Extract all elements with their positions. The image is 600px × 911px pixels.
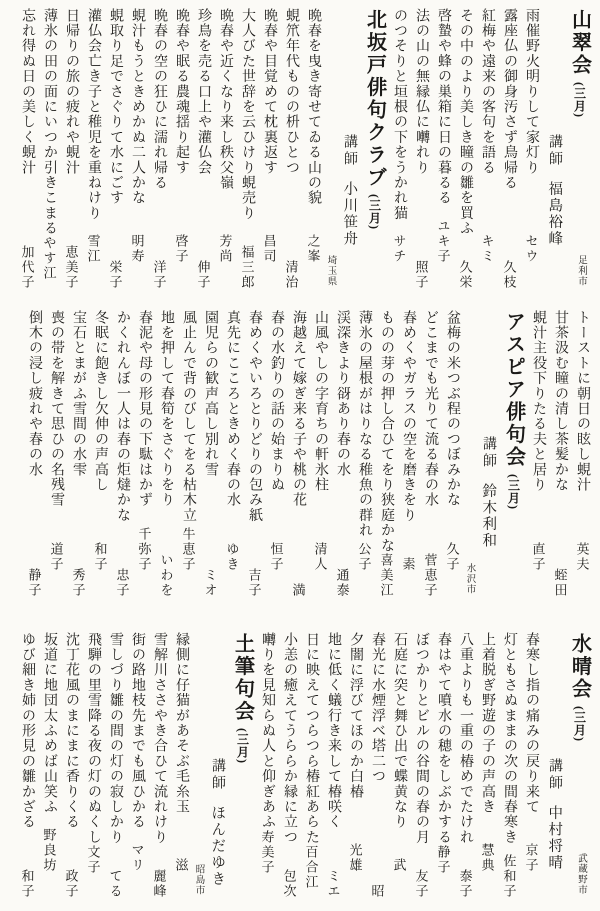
haiku-column: 蜆笊年代ものの枡ひとつ清治: [280, 8, 302, 298]
haiku-column: トーストに朝日の眩し蜆汁英夫: [571, 310, 593, 606]
haiku-text: 日に映えてつらつら椿紅あらた: [304, 632, 318, 845]
section-city-label: 埼玉県: [325, 255, 335, 287]
haiku-column: 小恙の癒えてうららか縁に立つ包次: [278, 632, 300, 907]
section-month-label: (三月): [369, 194, 381, 230]
haiku-text: 露座仏の御身汚さず鳥帰る: [502, 8, 516, 190]
haiku-column: 晩春や近くなり来し秩父嶺芳尚: [214, 8, 236, 298]
haiku-author: 清人: [314, 542, 327, 572]
section-month-label: (三月): [508, 474, 520, 510]
lecturer-name: 鈴木利和: [481, 483, 496, 549]
haiku-column: 倒木の浸し疲れや春の水静子: [23, 310, 45, 606]
haiku-column: のつそりと垣根の下をうかれ猫サチ: [388, 8, 410, 298]
section-header: アスピア俳句会(三月)講師鈴木利和水沢市: [463, 310, 527, 606]
haiku-column: 蜆取り足でさぐりて水にごす栄子: [104, 8, 126, 298]
haiku-column: ゆび細き姉の形見の雛かざる和子: [16, 632, 38, 907]
haiku-text: 薄氷の屋根がはりなる稚魚の群れ: [357, 310, 371, 538]
haiku-text: 蜆汁主役下りたる夫と居り: [531, 310, 545, 492]
haiku-text: 甘茶汲む瞳の清し茶髪かな: [553, 310, 567, 492]
haiku-text: 囀りを見知らぬ人と仰ぎあふ: [260, 632, 274, 830]
section-header: 水晴会(三月)武蔵野市講師中村将晴: [542, 632, 593, 907]
haiku-text: 夕闇に浮びてほのか白椿: [348, 632, 362, 799]
haiku-author: 照子: [415, 260, 428, 290]
haiku-author: 栄子: [109, 260, 122, 290]
haiku-column: 冬眠に飽きし欠伸の声高し和子: [89, 310, 111, 606]
haiku-column: 灯ともさぬままの次の間春寒き佐和子: [498, 632, 520, 907]
haiku-text: その中のより美しき瞳の雛を買ふ: [458, 8, 472, 236]
haiku-text: 春光に水煙浮べ塔二つ: [370, 632, 384, 784]
tier-row-2: トーストに朝日の眩し蜆汁英夫甘茶汲む瞳の清し茶髪かな蛭田蜆汁主役下りたる夫と居り…: [7, 310, 593, 632]
lecturer-label: 講師: [547, 758, 561, 792]
section-month-label: (三月): [237, 728, 249, 764]
lecturer-column: 講師小川笹舟: [337, 8, 361, 298]
haiku-text: 日帰りの旅の疲れや蜆汁: [64, 8, 78, 175]
haiku-text: どこまでも光りて流る春の水: [423, 310, 437, 508]
haiku-column: 珍鳥を売る口上や灌仏会伸子: [192, 8, 214, 298]
haiku-author: 素: [402, 557, 415, 572]
haiku-author: ゆき: [226, 542, 239, 572]
haiku-text: 蜆笊年代ものの枡ひとつ: [284, 8, 298, 175]
haiku-column: 夕闇に浮びてほのか白椿光雄: [344, 632, 366, 907]
haiku-column: 蜆汁主役下りたる夫と居り直子: [527, 310, 549, 606]
haiku-text: 晩春や目覚めて枕裏返す: [262, 8, 276, 175]
lecturer-column: 講師福島裕峰: [542, 8, 566, 298]
haiku-column: 海越えて嫁ぎ来る子や桃の花満: [287, 310, 309, 606]
haiku-author: 公子: [358, 542, 371, 572]
haiku-author: キミ: [481, 234, 494, 264]
lecturer-column: 講師ほんだゆき: [205, 632, 229, 907]
haiku-column: 晩春を曳き寄せてゐる山の貌之峯: [302, 8, 324, 298]
haiku-author: 清治: [285, 260, 298, 290]
lecturer-label: 講師: [342, 134, 356, 168]
haiku-author: 洋子: [153, 260, 166, 290]
haiku-column: 薄氷の屋根がはりなる稚魚の群れ公子: [353, 310, 375, 606]
haiku-author: 福三郎: [241, 245, 254, 290]
haiku-text: ゆび細き姉の形見の雛かざる: [20, 632, 34, 830]
haiku-author: サチ: [393, 234, 406, 264]
haiku-author: 百合江: [305, 845, 318, 890]
haiku-author: 芳尚: [219, 234, 232, 264]
haiku-author: 牛恵子: [182, 527, 195, 572]
haiku-author: 友子: [415, 869, 428, 899]
haiku-text: 縁側に仔猫があそぶ毛糸玉: [174, 632, 188, 814]
lecturer-name: ほんだゆき: [210, 805, 225, 888]
haiku-column: 春めくやガラスの空を磨きをり素: [397, 310, 419, 606]
haiku-column: 風止んで背のびしてをる枯木立牛恵子: [177, 310, 199, 606]
haiku-column: 地を押して春筍をさぐりをりいわを: [155, 310, 177, 606]
lecturer-label: 講師: [210, 758, 224, 792]
haiku-text: 晩春を曳き寄せてゐる山の貌: [306, 8, 320, 206]
haiku-column: 春寒し指の痛みの戻り来て京子: [520, 632, 542, 907]
haiku-author: 野良坊: [43, 828, 56, 873]
haiku-author: 昌司: [263, 234, 276, 264]
haiku-column: 沈丁花風のまにまに香りくる政子: [60, 632, 82, 907]
haiku-column: 喪の帯を解きて思ひの名残雪道子: [45, 310, 67, 606]
haiku-column: 囀りを見知らぬ人と仰ぎあふ寿美子: [256, 632, 278, 907]
haiku-text: 盆梅の米つぶ程のつぼみかな: [445, 310, 459, 508]
haiku-text: 園児らの歓声高し別れ雪: [203, 310, 217, 477]
haiku-author: 英夫: [576, 542, 589, 572]
section-title-column: 水晴会(三月)武蔵野市: [566, 632, 593, 907]
haiku-author: 昭: [371, 884, 384, 899]
haiku-text: 上着脱ぎ野遊の子の声高き: [480, 632, 494, 814]
haiku-author: ミエ: [327, 869, 340, 899]
haiku-author: 京子: [525, 843, 538, 873]
section-title-column: 土筆句会(三月): [229, 632, 256, 907]
haiku-text: 春めくやガラスの空を磨きをり: [401, 310, 415, 523]
haiku-text: 灯ともさぬままの次の間春寒き: [502, 632, 516, 845]
section-month-label: (三月): [574, 706, 586, 742]
haiku-column: 園児らの歓声高し別れ雪ミオ: [199, 310, 221, 606]
haiku-author: 恒子: [270, 542, 283, 572]
haiku-text: 忘れ得ぬ日の美しく蜆汁: [20, 8, 34, 175]
haiku-author: 千弥子: [138, 527, 151, 572]
haiku-text: のつそりと垣根の下をうかれ猫: [392, 8, 406, 221]
haiku-column: 大人びた世辞を云ひけり蜆売り福三郎: [236, 8, 258, 298]
haiku-column: 縁側に仔猫があそぶ毛糸玉滋: [170, 632, 192, 907]
city-column: 埼玉県: [324, 8, 337, 298]
haiku-text: 春はやて噴水の穂をしぶかする: [436, 632, 450, 845]
section-title: アスピア俳句会: [504, 311, 524, 469]
haiku-column: 甘茶汲む瞳の清し茶髪かな蛭田: [549, 310, 571, 606]
section-header: 土筆句会(三月)講師ほんだゆき昭島市: [192, 632, 256, 907]
haiku-column: 忘れ得ぬ日の美しく蜆汁加代子: [16, 8, 38, 298]
haiku-author: 久栄: [459, 260, 472, 290]
haiku-author: 包次: [283, 869, 296, 899]
haiku-column: 晩春や眠る農魂揺り起す啓子: [170, 8, 192, 298]
haiku-text: 冬眠に飽きし欠伸の声高し: [93, 310, 107, 492]
haiku-text: 地を押して春筍をさぐりをり: [159, 310, 173, 508]
haiku-author: 之峯: [307, 234, 320, 264]
city-column: 昭島市: [192, 632, 205, 907]
lecturer-name: 小川笹舟: [342, 181, 357, 247]
haiku-text: 街の路地枝先までも風ひかる: [130, 632, 144, 830]
haiku-column: 盆梅の米つぶ程のつぼみかな久子: [441, 310, 463, 606]
haiku-author: 満: [292, 583, 305, 598]
section-title: 土筆句会: [233, 633, 253, 723]
haiku-text: 春めくやいろとりどりの包み紙: [247, 310, 261, 523]
haiku-text: 山風やしの字育ちの軒氷柱: [313, 310, 327, 492]
haiku-author: 雪江: [87, 234, 100, 264]
haiku-column: 飛騨の里雪降る夜の灯のぬくし文子: [82, 632, 104, 907]
haiku-author: やす江: [43, 236, 56, 281]
haiku-text: 風止んで背のびしてをる枯木立: [181, 310, 195, 523]
lecturer-name: 中村将晴: [547, 805, 562, 871]
haiku-text: 海越えて嫁ぎ来る子や桃の花: [291, 310, 305, 508]
haiku-column: その中のより美しき瞳の雛を買ふ久栄: [454, 8, 476, 298]
haiku-author: 麗峰: [153, 869, 166, 899]
haiku-column: 晩春や目覚めて枕裏返す昌司: [258, 8, 280, 298]
haiku-author: 吉子: [248, 568, 261, 598]
haiku-column: 山風やしの字育ちの軒氷柱清人: [309, 310, 331, 606]
section-city-label: 水沢市: [464, 563, 474, 595]
haiku-author: 和子: [94, 542, 107, 572]
section-header: 山翠会(三月)足利市講師福島裕峰: [542, 8, 593, 298]
city-column: 水沢市: [463, 310, 476, 606]
haiku-column: 春めくやいろとりどりの包み紙吉子: [243, 310, 265, 606]
haiku-author: セウ: [525, 234, 538, 264]
haiku-column: 春泥や母の形見の下駄はかず千弥子: [133, 310, 155, 606]
haiku-author: 静子: [437, 845, 450, 875]
haiku-author: 啓子: [175, 234, 188, 264]
haiku-text: 春泥や母の形見の下駄はかず: [137, 310, 151, 508]
haiku-author: 寿美子: [261, 830, 274, 875]
haiku-column: 宝石とまがふ雪間の水雫秀子: [67, 310, 89, 606]
haiku-author: 菅恵子: [424, 553, 437, 598]
haiku-author: 忠子: [116, 568, 129, 598]
haiku-author: 通泰: [336, 568, 349, 598]
haiku-column: 晩春の空の狂ひに濡れ帰る洋子: [148, 8, 170, 298]
haiku-author: 秀子: [72, 568, 85, 598]
haiku-text: 晩春や眠る農魂揺り起す: [174, 8, 188, 175]
lecturer-label: 講師: [547, 134, 561, 168]
haiku-text: 雪解川ささやき合ひて流れけり: [152, 632, 166, 845]
haiku-column: ものの芽の押し合ひてをり狭庭かな喜美江: [375, 310, 397, 606]
haiku-author: 泰子: [459, 869, 472, 899]
haiku-column: 紅梅や遠来の客句を語るキミ: [476, 8, 498, 298]
haiku-text: 八重よりも一重の椿めでたけれ: [458, 632, 472, 845]
haiku-column: 上着脱ぎ野遊の子の声高き慧典: [476, 632, 498, 907]
haiku-text: 渓深きより谺あり春の水: [335, 310, 349, 477]
lecturer-label: 講師: [481, 436, 495, 470]
haiku-text: 地に低く蟻行き来して椿咲く: [326, 632, 340, 830]
haiku-column: 街の路地枝先までも風ひかるマリ: [126, 632, 148, 907]
haiku-author: 慧典: [481, 843, 494, 873]
haiku-text: 飛騨の里雪降る夜の灯のぬくし: [86, 632, 100, 845]
haiku-text: 蜆汁もうときめかぬ二人かな: [130, 8, 144, 206]
haiku-text: 倒木の浸し疲れや春の水: [27, 310, 41, 477]
lecturer-column: 講師鈴木利和: [476, 310, 500, 606]
haiku-text: 晩春の空の狂ひに濡れ帰る: [152, 8, 166, 190]
haiku-column: 露座仏の御身汚さず鳥帰る久枝: [498, 8, 520, 298]
haiku-text: 法の山の無縁仏に囀れり: [414, 8, 428, 175]
haiku-author: ユキ子: [437, 219, 450, 264]
haiku-text: 雨催野火明りして家灯り: [524, 8, 538, 175]
haiku-text: 晩春や近くなり来し秩父嶺: [218, 8, 232, 190]
haiku-text: 灌仏会亡き子と稚児を重ねけり: [86, 8, 100, 221]
tier-row-3: 水晴会(三月)武蔵野市講師中村将晴春寒し指の痛みの戻り来て京子灯ともさぬままの次…: [7, 632, 593, 911]
haiku-column: 灌仏会亡き子と稚児を重ねけり雪江: [82, 8, 104, 298]
haiku-author: 喜美江: [380, 553, 393, 598]
haiku-author: 久枝: [503, 260, 516, 290]
haiku-text: 真先にこころときめく春の水: [225, 310, 239, 508]
haiku-column: どこまでも光りて流る春の水菅恵子: [419, 310, 441, 606]
haiku-column: 雪解川ささやき合ひて流れけり麗峰: [148, 632, 170, 907]
haiku-text: 薄氷の田の面にいつか引きこまる: [42, 8, 56, 236]
section-month-label: (三月): [574, 82, 586, 118]
haiku-column: 坂道に地団太ふめば山笑ふ野良坊: [38, 632, 60, 907]
section-title: 水晴会: [570, 633, 590, 701]
haiku-author: 恵美子: [65, 245, 78, 290]
haiku-author: てる: [109, 869, 122, 899]
haiku-column: 雨催野火明りして家灯りセウ: [520, 8, 542, 298]
haiku-column: かくれんぼ一人は春の炬燵かな忠子: [111, 310, 133, 606]
haiku-column: 啓蟄や蜂の巣箱に日の暮るるユキ子: [432, 8, 454, 298]
haiku-author: 加代子: [21, 245, 34, 290]
haiku-text: 春寒し指の痛みの戻り来て: [524, 632, 538, 814]
haiku-column: 春の水釣りの話の始まりぬ恒子: [265, 310, 287, 606]
haiku-author: 蛭田: [554, 568, 567, 598]
haiku-column: 渓深きより谺あり春の水通泰: [331, 310, 353, 606]
haiku-author: 和子: [21, 869, 34, 899]
haiku-column: 法の山の無縁仏に囀れり照子: [410, 8, 432, 298]
haiku-text: かくれんぼ一人は春の炬燵かな: [115, 310, 129, 523]
haiku-text: 喪の帯を解きて思ひの名残雪: [49, 310, 63, 508]
haiku-author: 久子: [446, 542, 459, 572]
haiku-text: 坂道に地団太ふめば山笑ふ: [42, 632, 56, 814]
magazine-page: 山翠会(三月)足利市講師福島裕峰雨催野火明りして家灯りセウ露座仏の御身汚さず鳥帰…: [0, 0, 600, 911]
haiku-author: 文子: [87, 845, 100, 875]
haiku-text: 啓蟄や蜂の巣箱に日の暮るる: [436, 8, 450, 206]
haiku-text: 大人びた世辞を云ひけり蜆売り: [240, 8, 254, 221]
haiku-author: 佐和子: [503, 854, 516, 899]
haiku-text: 宝石とまがふ雪間の水雫: [71, 310, 85, 477]
section-title-column: アスピア俳句会(三月): [500, 310, 527, 606]
haiku-column: 蜆汁もうときめかぬ二人かな明寿: [126, 8, 148, 298]
section-title-column: 山翠会(三月)足利市: [566, 8, 593, 298]
lecturer-name: 福島裕峰: [547, 181, 562, 247]
haiku-author: 直子: [532, 542, 545, 572]
haiku-column: 春光に水煙浮べ塔二つ昭: [366, 632, 388, 907]
haiku-author: ミオ: [204, 568, 217, 598]
haiku-author: 静子: [28, 568, 41, 598]
haiku-author: マリ: [131, 843, 144, 873]
haiku-text: 紅梅や遠来の客句を語る: [480, 8, 494, 175]
haiku-text: 沈丁花風のまにまに香りくる: [64, 632, 78, 830]
haiku-column: 八重よりも一重の椿めでたけれ泰子: [454, 632, 476, 907]
haiku-author: 滋: [175, 858, 188, 873]
tier-row-1: 山翠会(三月)足利市講師福島裕峰雨催野火明りして家灯りセウ露座仏の御身汚さず鳥帰…: [7, 8, 593, 310]
haiku-column: 薄氷の田の面にいつか引きこまるやす江: [38, 8, 60, 298]
haiku-column: 日に映えてつらつら椿紅あらた百合江: [300, 632, 322, 907]
haiku-column: 石庭に突と舞ひ出で蝶黄なり武: [388, 632, 410, 907]
haiku-author: 武: [393, 858, 406, 873]
section-city-label: 昭島市: [193, 864, 203, 896]
haiku-column: 春はやて噴水の穂をしぶかする静子: [432, 632, 454, 907]
haiku-text: 小恙の癒えてうららか縁に立つ: [282, 632, 296, 845]
haiku-text: 珍鳥を売る口上や灌仏会: [196, 8, 210, 175]
haiku-column: 真先にこころときめく春の水ゆき: [221, 310, 243, 606]
haiku-author: 伸子: [197, 260, 210, 290]
haiku-text: 雪しづり雛の間の灯の寂しかり: [108, 632, 122, 845]
haiku-column: ぼつかりとビルの谷間の春の月友子: [410, 632, 432, 907]
haiku-author: 道子: [50, 542, 63, 572]
haiku-text: 蜆取り足でさぐりて水にごす: [108, 8, 122, 206]
haiku-text: 春の水釣りの話の始まりぬ: [269, 310, 283, 492]
section-header: 北坂戸俳句クラブ(三月)講師小川笹舟埼玉県: [324, 8, 388, 298]
haiku-author: いわを: [160, 553, 173, 598]
haiku-column: 日帰りの旅の疲れや蜆汁恵美子: [60, 8, 82, 298]
section-title: 山翠会: [570, 9, 590, 77]
haiku-text: ものの芽の押し合ひてをり狭庭かな: [379, 310, 393, 553]
lecturer-column: 講師中村将晴: [542, 632, 566, 907]
section-title: 北坂戸俳句クラブ: [365, 9, 385, 189]
section-city-label: 足利市: [576, 255, 586, 287]
haiku-author: 光雄: [349, 843, 362, 873]
haiku-text: 石庭に突と舞ひ出で蝶黄なり: [392, 632, 406, 830]
section-city-label: 武蔵野市: [576, 853, 586, 895]
haiku-author: 政子: [65, 869, 78, 899]
haiku-column: 地に低く蟻行き来して椿咲くミエ: [322, 632, 344, 907]
haiku-column: 雪しづり雛の間の灯の寂しかりてる: [104, 632, 126, 907]
section-title-column: 北坂戸俳句クラブ(三月): [361, 8, 388, 298]
haiku-text: ぼつかりとビルの谷間の春の月: [414, 632, 428, 845]
haiku-text: トーストに朝日の眩し蜆汁: [575, 310, 589, 492]
haiku-author: 明寿: [131, 234, 144, 264]
